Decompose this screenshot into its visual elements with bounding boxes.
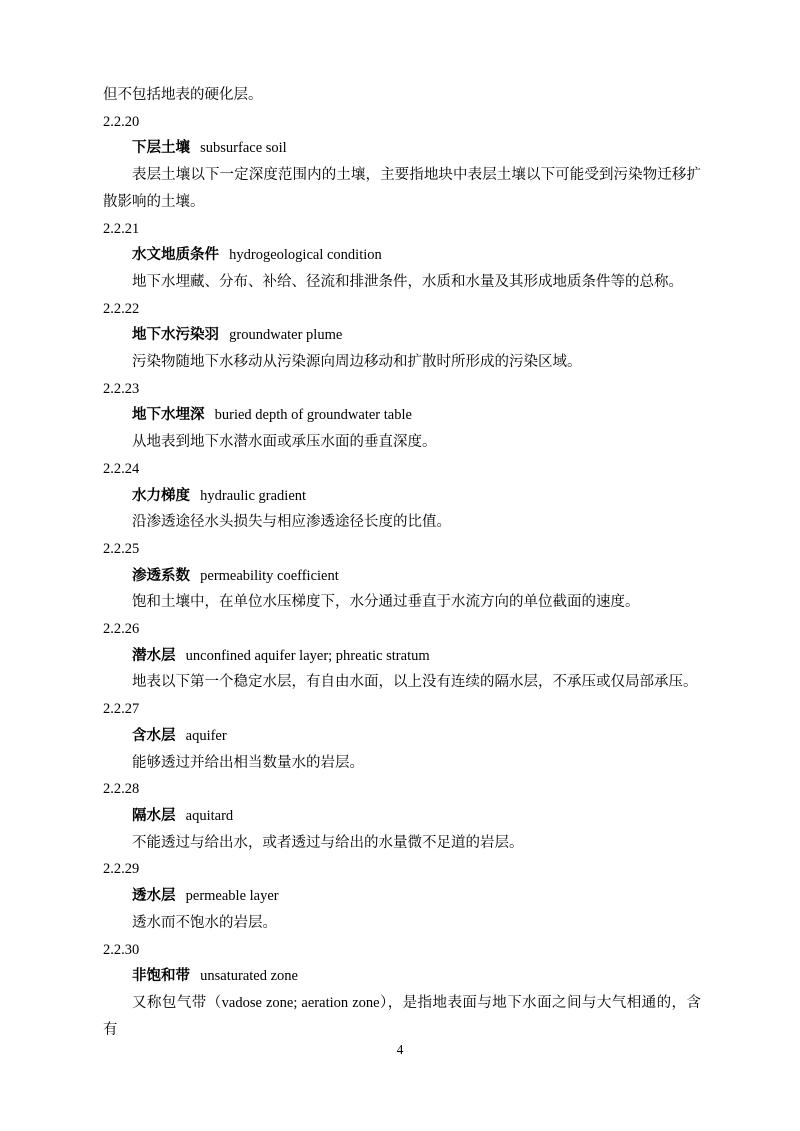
term-line: 下层土壤 subsurface soil (103, 135, 701, 162)
term-entry: 2.2.23 地下水埋深 buried depth of groundwater… (103, 376, 701, 456)
section-number: 2.2.21 (103, 216, 701, 243)
definition-paragraph: 沿渗透途径水头损失与相应渗透途径长度的比值。 (103, 509, 701, 536)
term-chinese: 潜水层 (132, 648, 176, 664)
term-line: 渗透系数 permeability coefficient (103, 563, 701, 590)
term-chinese: 地下水污染羽 (132, 327, 219, 343)
term-line: 透水层 permeable layer (103, 883, 701, 910)
page-content: 但不包括地表的硬化层。 2.2.20 下层土壤 subsurface soil … (103, 82, 701, 1043)
term-line: 水力梯度 hydraulic gradient (103, 483, 701, 510)
term-chinese: 含水层 (132, 728, 176, 744)
section-number: 2.2.23 (103, 376, 701, 403)
page-footer: 4 (0, 1041, 800, 1059)
term-entry: 2.2.27 含水层 aquifer 能够透过并给出相当数量水的岩层。 (103, 696, 701, 776)
definition-paragraph: 污染物随地下水移动从污染源向周边移动和扩散时所形成的污染区域。 (103, 349, 701, 376)
section-number: 2.2.20 (103, 109, 701, 136)
term-entry: 2.2.30 非饱和带 unsaturated zone 又称包气带（vados… (103, 937, 701, 1044)
term-english: aquifer (186, 728, 227, 744)
term-chinese: 地下水埋深 (132, 407, 205, 423)
term-english: hydraulic gradient (200, 488, 306, 504)
term-line: 潜水层 unconfined aquifer layer; phreatic s… (103, 643, 701, 670)
document-page: 但不包括地表的硬化层。 2.2.20 下层土壤 subsurface soil … (0, 0, 800, 1131)
section-number: 2.2.22 (103, 296, 701, 323)
term-line: 地下水污染羽 groundwater plume (103, 322, 701, 349)
term-line: 非饱和带 unsaturated zone (103, 963, 701, 990)
section-number: 2.2.28 (103, 776, 701, 803)
term-chinese: 下层土壤 (132, 140, 190, 156)
section-number: 2.2.24 (103, 456, 701, 483)
section-number: 2.2.27 (103, 696, 701, 723)
term-entry: 2.2.29 透水层 permeable layer 透水而不饱水的岩层。 (103, 856, 701, 936)
definition-paragraph: 从地表到地下水潜水面或承压水面的垂直深度。 (103, 429, 701, 456)
term-english: unconfined aquifer layer; phreatic strat… (186, 648, 430, 664)
term-english: permeable layer (186, 888, 279, 904)
definition-paragraph: 地下水埋藏、分布、补给、径流和排泄条件，水质和水量及其形成地质条件等的总称。 (103, 269, 701, 296)
section-number: 2.2.25 (103, 536, 701, 563)
term-english: aquitard (186, 808, 234, 824)
term-chinese: 水文地质条件 (132, 247, 219, 263)
term-english: unsaturated zone (200, 968, 298, 984)
definition-paragraph: 能够透过并给出相当数量水的岩层。 (103, 750, 701, 777)
definition-paragraph: 表层土壤以下一定深度范围内的土壤，主要指地块中表层土壤以下可能受到污染物迁移扩散… (103, 162, 701, 215)
term-chinese: 隔水层 (132, 808, 176, 824)
term-line: 隔水层 aquitard (103, 803, 701, 830)
term-line: 含水层 aquifer (103, 723, 701, 750)
section-number: 2.2.26 (103, 616, 701, 643)
page-number: 4 (397, 1042, 404, 1057)
term-entry: 2.2.20 下层土壤 subsurface soil 表层土壤以下一定深度范围… (103, 109, 701, 216)
term-english: permeability coefficient (200, 568, 339, 584)
definition-paragraph: 又称包气带（vadose zone; aeration zone），是指地表面与… (103, 990, 701, 1043)
term-english: groundwater plume (229, 327, 342, 343)
term-entry: 2.2.28 隔水层 aquitard 不能透过与给出水，或者透过与给出的水量微… (103, 776, 701, 856)
term-english: hydrogeological condition (229, 247, 382, 263)
term-line: 水文地质条件 hydrogeological condition (103, 242, 701, 269)
terms-list: 2.2.20 下层土壤 subsurface soil 表层土壤以下一定深度范围… (103, 109, 701, 1044)
term-entry: 2.2.25 渗透系数 permeability coefficient 饱和土… (103, 536, 701, 616)
term-chinese: 水力梯度 (132, 488, 190, 504)
term-entry: 2.2.21 水文地质条件 hydrogeological condition … (103, 216, 701, 296)
paragraph-continuation: 但不包括地表的硬化层。 (103, 82, 701, 109)
term-english: subsurface soil (200, 140, 287, 156)
definition-paragraph: 透水而不饱水的岩层。 (103, 910, 701, 937)
definition-paragraph: 不能透过与给出水，或者透过与给出的水量微不足道的岩层。 (103, 830, 701, 857)
term-chinese: 渗透系数 (132, 568, 190, 584)
term-chinese: 透水层 (132, 888, 176, 904)
term-entry: 2.2.22 地下水污染羽 groundwater plume 污染物随地下水移… (103, 296, 701, 376)
term-line: 地下水埋深 buried depth of groundwater table (103, 402, 701, 429)
definition-paragraph: 地表以下第一个稳定水层，有自由水面，以上没有连续的隔水层，不承压或仅局部承压。 (103, 669, 701, 696)
section-number: 2.2.30 (103, 937, 701, 964)
term-entry: 2.2.24 水力梯度 hydraulic gradient 沿渗透途径水头损失… (103, 456, 701, 536)
term-chinese: 非饱和带 (132, 968, 190, 984)
definition-paragraph: 饱和土壤中，在单位水压梯度下，水分通过垂直于水流方向的单位截面的速度。 (103, 589, 701, 616)
term-entry: 2.2.26 潜水层 unconfined aquifer layer; phr… (103, 616, 701, 696)
section-number: 2.2.29 (103, 856, 701, 883)
term-english: buried depth of groundwater table (215, 407, 412, 423)
